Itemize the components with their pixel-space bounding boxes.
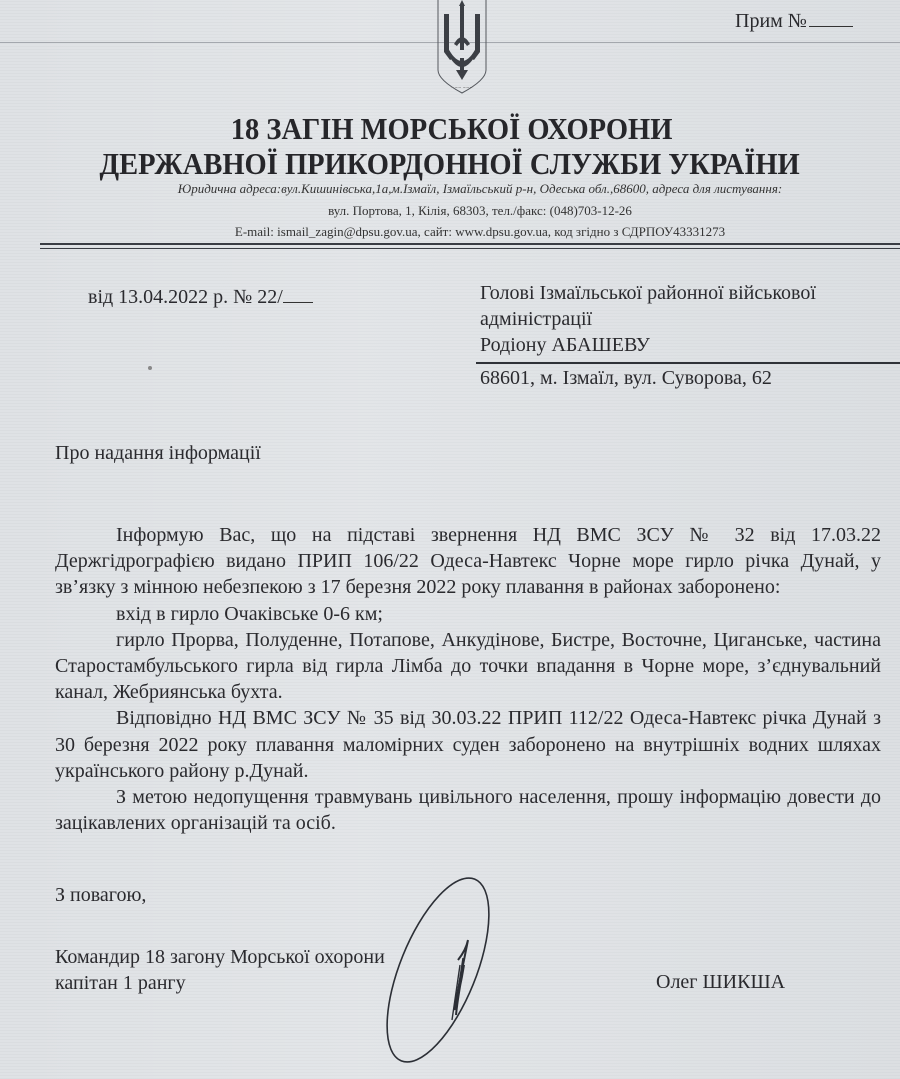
coat-of-arms-icon: ~~~ ~~~ <box>432 0 492 95</box>
org-title-line1: 18 ЗАГІН МОРСЬКОЇ ОХОРОНИ <box>10 111 893 147</box>
recipient-block: Голові Ізмаїльської районної військової … <box>480 280 816 358</box>
registration-label: Прим № <box>735 10 807 32</box>
scan-speck <box>148 366 152 370</box>
letter-body: Інформую Вас, що на підставі звернення Н… <box>55 522 881 836</box>
signatory-name: Олег ШИКША <box>656 971 785 994</box>
body-paragraph: Відповідно НД ВМС ЗСУ № 35 від 30.03.22 … <box>55 705 881 784</box>
signatory-position-line2: капітан 1 рангу <box>55 970 385 996</box>
body-paragraph: Інформую Вас, що на підставі звернення Н… <box>55 522 881 601</box>
contact-info: E-mail: ismail_zagin@dpsu.gov.ua, сайт: … <box>0 224 900 240</box>
scanned-letter-page: ~~~ ~~~ Прим № 18 ЗАГІН МОРСЬКОЇ ОХОРОНИ… <box>0 0 900 1079</box>
recipient-line1: Голові Ізмаїльської районної військової <box>480 280 816 306</box>
outgoing-number-blank <box>283 284 313 303</box>
body-paragraph: вхід в гирло Очаківське 0-6 км; <box>55 601 881 627</box>
legal-address: Юридична адреса:вул.Кишинівська,1а,м.Ізм… <box>0 181 900 197</box>
svg-text:~~~ ~~~: ~~~ ~~~ <box>451 85 472 90</box>
signatory-position: Командир 18 загону Морської охорони капі… <box>55 944 385 996</box>
recipient-address: 68601, м. Ізмаїл, вул. Суворова, 62 <box>480 367 772 390</box>
outgoing-reference-text: від 13.04.2022 р. № 22/ <box>88 286 283 308</box>
registration-blank-line <box>809 8 853 27</box>
postal-address: вул. Портова, 1, Кілія, 68303, тел./факс… <box>0 203 900 219</box>
closing-phrase: З повагою, <box>55 884 146 907</box>
recipient-divider <box>476 362 900 364</box>
recipient-line2: адміністрації <box>480 306 816 332</box>
org-title-line2: ДЕРЖАВНОЇ ПРИКОРДОННОЇ СЛУЖБИ УКРАЇНИ <box>8 146 891 182</box>
signatory-position-line1: Командир 18 загону Морської охорони <box>55 944 385 970</box>
registration-number-field: Прим № <box>735 8 853 33</box>
handwritten-signature <box>350 870 510 1079</box>
letter-subject: Про надання інформації <box>55 442 261 465</box>
body-paragraph: гирло Прорва, Полуденне, Потапове, Анкуд… <box>55 627 881 706</box>
body-paragraph: З метою недопущення травмувань цивільног… <box>55 784 881 836</box>
outgoing-reference: від 13.04.2022 р. № 22/ <box>88 284 313 309</box>
letterhead-divider <box>40 243 900 249</box>
recipient-name: Родіону АБАШЕВУ <box>480 332 816 358</box>
